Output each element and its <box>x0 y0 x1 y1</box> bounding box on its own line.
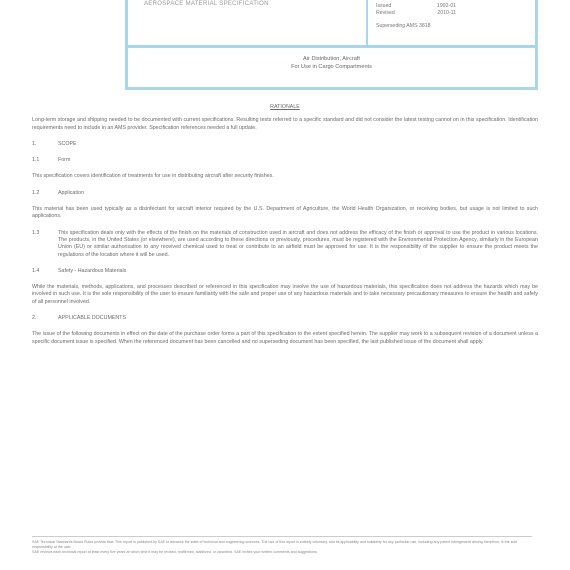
spec-header-box: AEROSPACE MATERIAL SPECIFICATION Issued … <box>125 0 538 90</box>
meta-issued-value: 1992-01 <box>437 3 456 10</box>
header-top-text: AEROSPACE MATERIAL SPECIFICATION <box>144 1 269 7</box>
header-divider <box>366 0 368 45</box>
meta-issued-label: Issued <box>376 3 391 10</box>
rationale-text: Long-term storage and shipping needed to… <box>32 117 538 132</box>
meta-issued: Issued 1992-01 <box>376 3 456 10</box>
spec-title-line2: For Use in Cargo Compartments <box>128 63 535 71</box>
rationale-heading: RATIONALE <box>32 104 538 111</box>
header-meta: Issued 1992-01 Revised 2010-11 Supersedi… <box>376 3 526 30</box>
spec-title: Air Distribution, Aircraft For Use in Ca… <box>128 55 535 71</box>
meta-revised-value: 2010-11 <box>437 10 456 17</box>
page-footer: SAE Technical Standards Board Rules prov… <box>32 536 532 555</box>
section-heading: 2.APPLICABLE DOCUMENTS <box>32 315 538 322</box>
meta-supersedes: Superseding AMS 3818 <box>376 23 526 30</box>
section-heading: 1.SCOPE <box>32 141 538 148</box>
section-heading: 1.1Form <box>32 157 538 164</box>
section-paragraph: This material has been used typically as… <box>32 206 538 221</box>
meta-revised-label: Revised <box>376 10 395 17</box>
document-body: RATIONALE Long-term storage and shipping… <box>32 104 538 355</box>
section-heading: 1.4Safety - Hazardous Materials <box>32 268 538 275</box>
section-paragraph: This specification covers identification… <box>32 173 538 180</box>
footer-line1: SAE Technical Standards Board Rules prov… <box>32 540 532 550</box>
section-paragraph: The issue of the following documents in … <box>32 331 538 346</box>
spec-title-line1: Air Distribution, Aircraft <box>128 55 535 63</box>
header-top-panel: AEROSPACE MATERIAL SPECIFICATION Issued … <box>128 0 535 48</box>
section-heading: 1.2Application <box>32 190 538 197</box>
footer-line2: SAE reviews each technical report at lea… <box>32 550 532 555</box>
section-indented: 1.3This specification deals only with th… <box>32 230 538 259</box>
section-paragraph: While the materials, methods, applicatio… <box>32 284 538 306</box>
meta-revised: Revised 2010-11 <box>376 10 456 17</box>
